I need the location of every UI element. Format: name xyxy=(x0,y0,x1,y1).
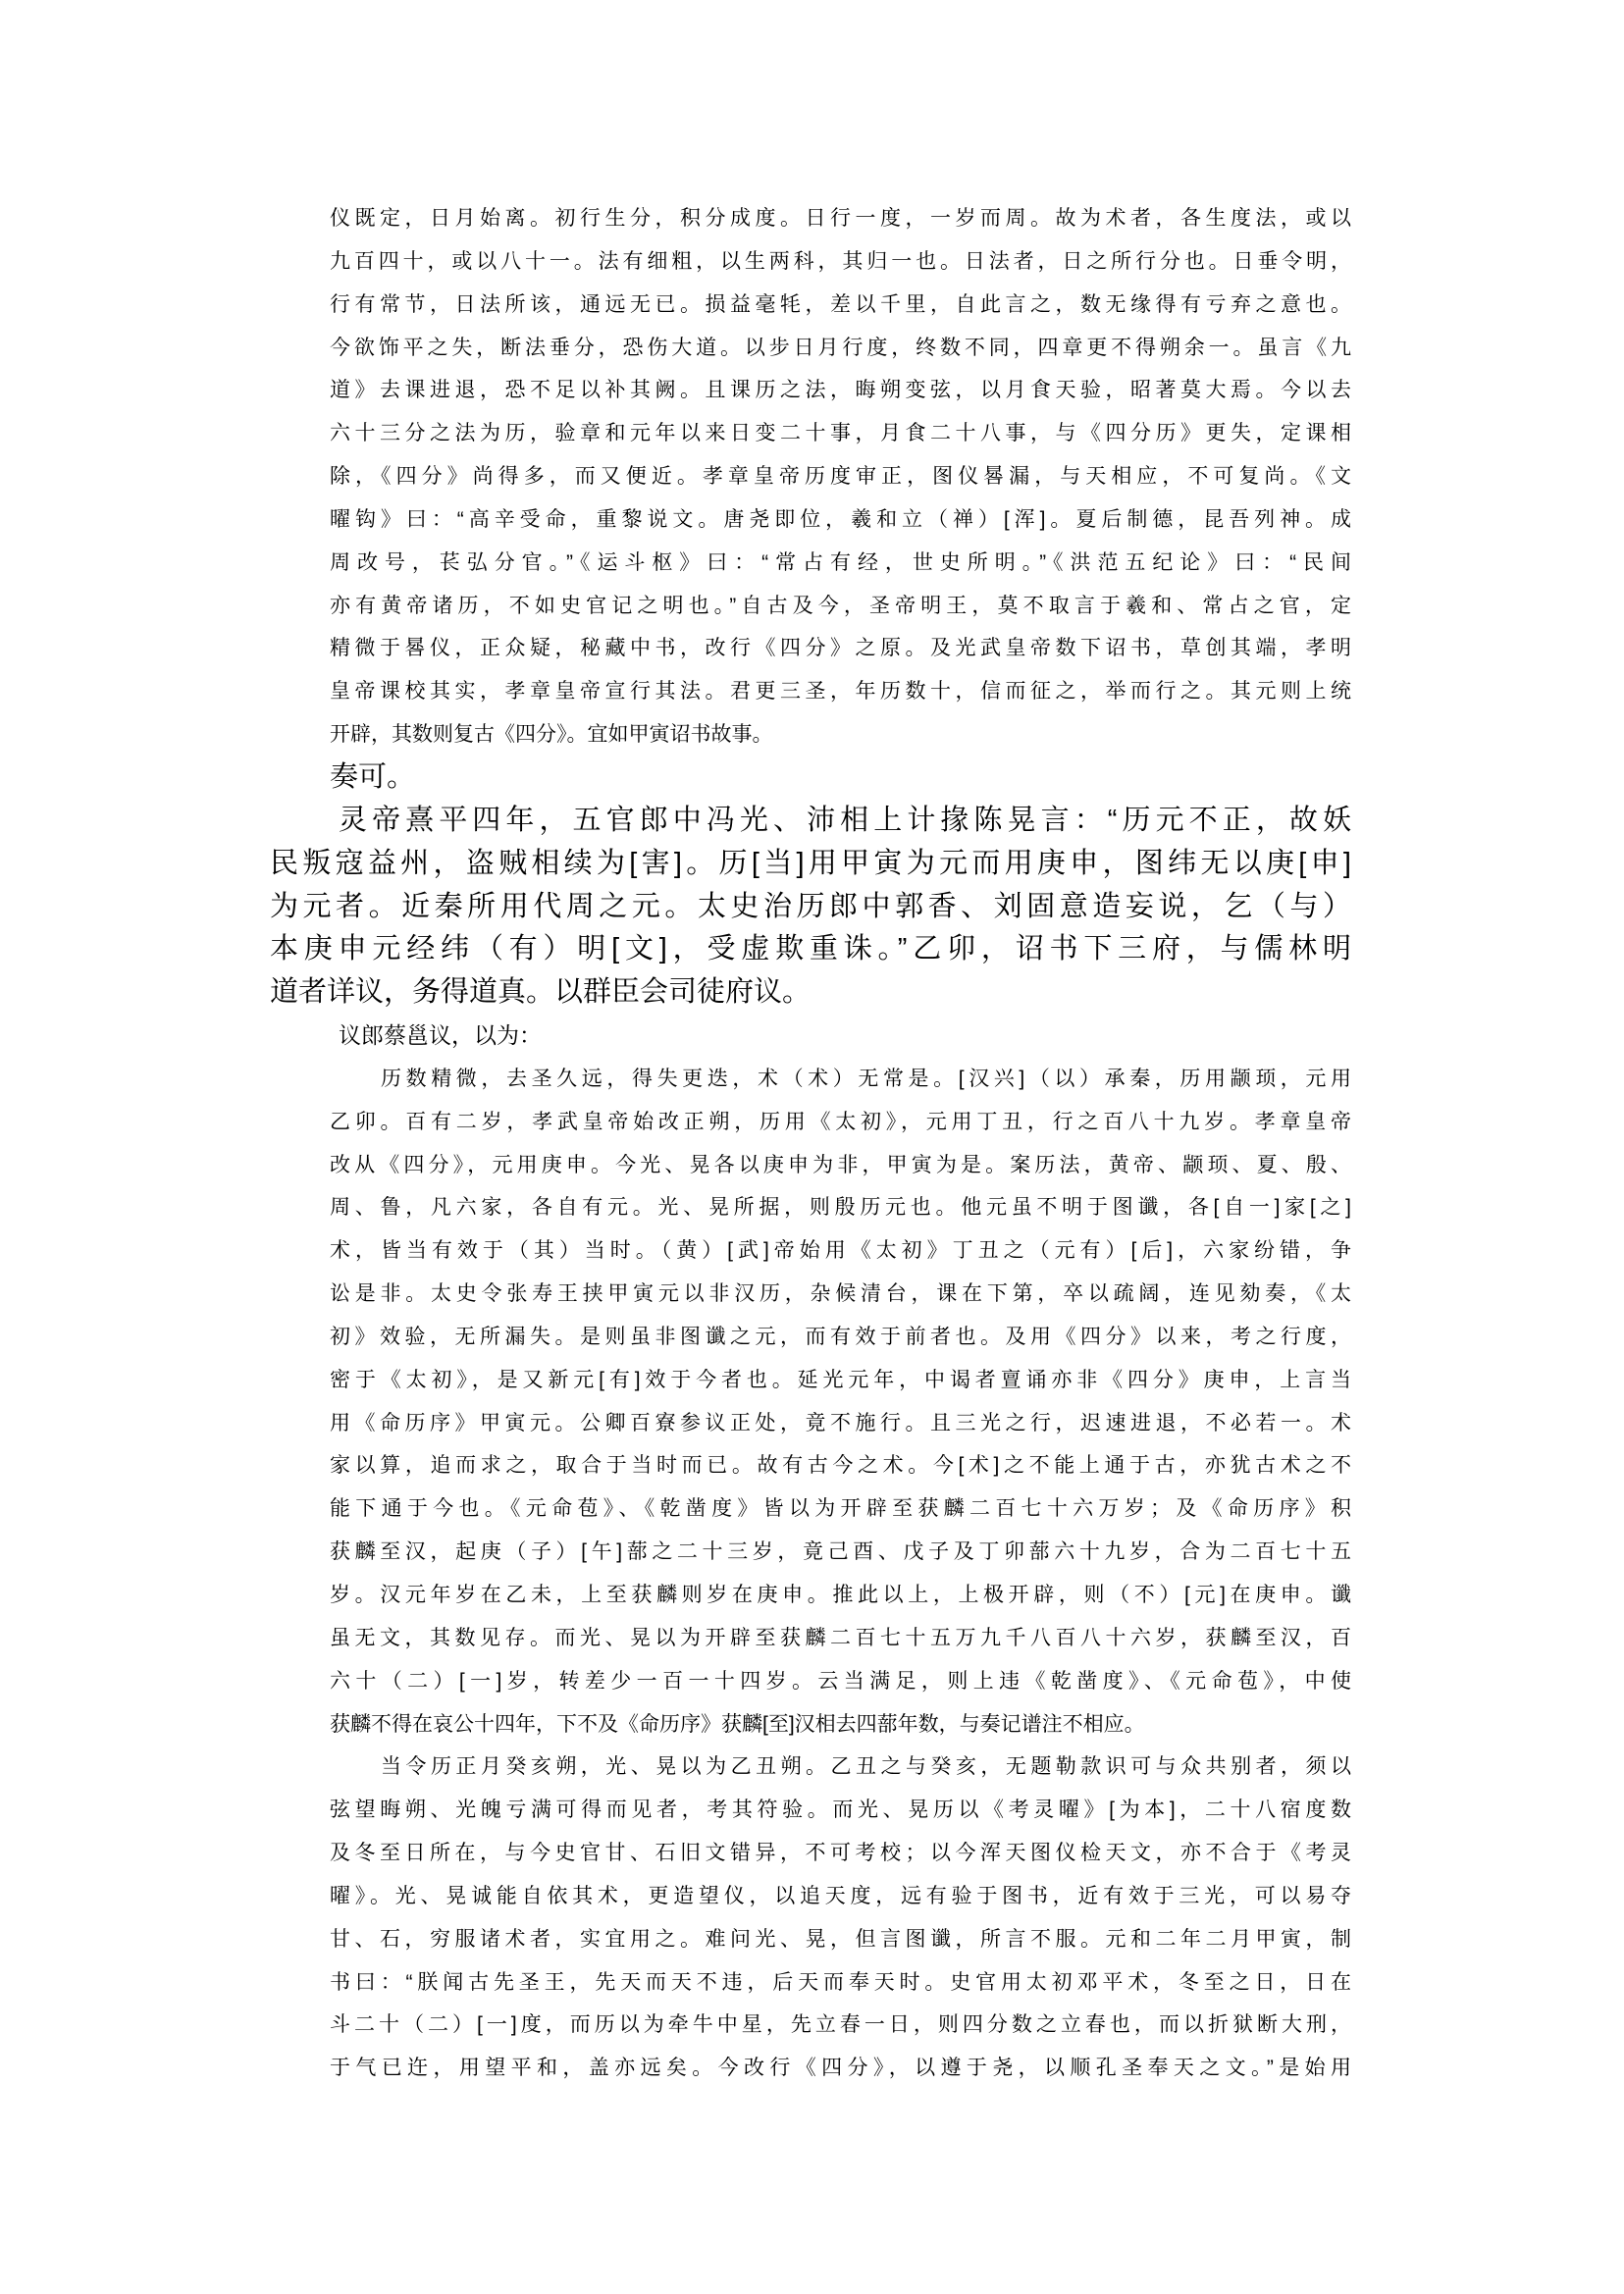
text-line: 亦有黄帝诸历，不如史官记之明也。”自古及今，圣帝明王，莫不取言于羲和、常占之官，… xyxy=(330,585,1351,628)
text-line: 道者详议，务得道真。以群臣会司徒府议。 xyxy=(270,971,1351,1015)
text-line: 六十（二）[一]岁，转差少一百一十四岁。云当满足，则上违《乾凿度》、《元命苞》，… xyxy=(330,1660,1351,1703)
text-line: 初》效验，无所漏失。是则虽非图谶之元，而有效于前者也。及用《四分》以来，考之行度… xyxy=(330,1316,1351,1359)
text-line: 周改号，苌弘分官。”《运斗枢》曰：“常占有经，世史所明。”《洪范五纪论》曰：“民… xyxy=(330,542,1351,585)
paragraph-zou-ke-approval: 奏可。 xyxy=(330,756,1351,800)
text-line: 行有常节，日法所该，通远无已。损益毫牦，差以千里，自此言之，数无缘得有亏弃之意也… xyxy=(330,284,1351,327)
text-line: 斗二十（二）[一]度，而历以为牵牛中星，先立春一日，则四分数之立春也，而以折狱断… xyxy=(330,2004,1351,2047)
text-line: 奏可。 xyxy=(330,756,1351,800)
text-line: 书曰：“朕闻古先圣王，先天而天不违，后天而奉天时。史官用太初邓平术，冬至之日，日… xyxy=(330,1961,1351,2005)
text-line: 道》去课进退，恐不足以补其阙。且课历之法，晦朔变弦，以月食天验，昭著莫大焉。今以… xyxy=(330,369,1351,412)
text-line: 精微于晷仪，正众疑，秘藏中书，改行《四分》之原。及光武皇帝数下诏书，草创其端，孝… xyxy=(330,627,1351,670)
text-line: 皇帝课校其实，孝章皇帝宣行其法。君更三圣，年历数十，信而征之，举而行之。其元则上… xyxy=(330,670,1351,713)
text-line: 虽无文，其数见存。而光、晃以为开辟至获麟二百七十五万九千八百八十六岁，获麟至汉，… xyxy=(330,1617,1351,1660)
text-line: 本庚申元经纬（有）明[文]，受虚欺重诛。”乙卯，诏书下三府，与儒林明 xyxy=(270,928,1351,971)
text-line: 讼是非。太史令张寿王挟甲寅元以非汉历，杂候清台，课在下第，卒以疏阔，连见劾奏，《… xyxy=(330,1273,1351,1316)
text-line: 开辟，其数则复古《四分》。宜如甲寅诏书故事。 xyxy=(330,713,1351,756)
text-line: 今欲饰平之失，断法垂分，恐伤大道。以步日月行度，终数不同，四章更不得朔余一。虽言… xyxy=(330,327,1351,370)
text-line: 及冬至日所在，与今史官甘、石旧文错异，不可考校；以今浑天图仪检天文，亦不合于《考… xyxy=(330,1832,1351,1875)
paragraph-cai-yong-intro: 议郎蔡邕议，以为： xyxy=(339,1015,1351,1058)
text-line: 为元者。近秦所用代周之元。太史治历郎中郭香、刘固意造妄说，乞（与） xyxy=(270,886,1351,929)
text-line: 曜钩》曰：“高辛受命，重黎说文。唐尧即位，羲和立（禅）[浑]。夏后制德，昆吾列神… xyxy=(330,498,1351,542)
text-line: 曜》。光、晃诚能自依其术，更造望仪，以追天度，远有验于图书，近有效于三光，可以易… xyxy=(330,1875,1351,1918)
document-page: 仪既定，日月始离。初行生分，积分成度。日行一度，一岁而周。故为术者，各生度法，或… xyxy=(0,0,1624,2294)
text-line: 岁。汉元年岁在乙未，上至获麟则岁在庚申。推此以上，上极开辟，则（不）[元]在庚申… xyxy=(330,1574,1351,1617)
text-line: 周、鲁，凡六家，各自有元。光、晃所据，则殷历元也。他元虽不明于图谶，各[自一]家… xyxy=(330,1186,1351,1229)
text-line: 获麟不得在哀公十四年，下不及《命历序》获麟[至]汉相去四蔀年数，与奏记谱注不相应… xyxy=(330,1703,1351,1747)
document-body: 仪既定，日月始离。初行生分，积分成度。日行一度，一岁而周。故为术者，各生度法，或… xyxy=(0,197,1624,2090)
text-line: 密于《太初》，是又新元[有]效于今者也。延光元年，中谒者亶诵亦非《四分》庚申，上… xyxy=(330,1359,1351,1402)
text-line: 灵帝熹平四年，五官郎中冯光、沛相上计掾陈晃言：“历元不正，故妖 xyxy=(270,800,1351,843)
text-line: 乙卯。百有二岁，孝武皇帝始改正朔，历用《太初》，元用丁丑，行之百八十九岁。孝章皇… xyxy=(330,1101,1351,1144)
text-line: 弦望晦朔、光魄亏满可得而见者，考其符验。而光、晃历以《考灵曜》[为本]，二十八宿… xyxy=(330,1789,1351,1832)
paragraph-cai-yong-argument: 历数精微，去圣久远，得失更迭，术（术）无常是。[汉兴]（以）承秦，历用颛顼，元用… xyxy=(330,1058,1351,1747)
text-line: 仪既定，日月始离。初行生分，积分成度。日行一度，一岁而周。故为术者，各生度法，或… xyxy=(330,197,1351,240)
text-line: 历数精微，去圣久远，得失更迭，术（术）无常是。[汉兴]（以）承秦，历用颛顼，元用 xyxy=(330,1058,1351,1101)
text-line: 九百四十，或以八十一。法有细粗，以生两科，其归一也。日法者，日之所行分也。日垂令… xyxy=(330,240,1351,284)
text-line: 甘、石，穷服诸术者，实宜用之。难问光、晃，但言图谶，所言不服。元和二年二月甲寅，… xyxy=(330,1918,1351,1961)
text-line: 当令历正月癸亥朔，光、晃以为乙丑朔。乙丑之与癸亥，无题勒款识可与众共别者，须以 xyxy=(330,1746,1351,1789)
text-line: 获麟至汉，起庚（子）[午]蔀之二十三岁，竟己酉、戊子及丁卯蔀六十九岁，合为二百七… xyxy=(330,1531,1351,1574)
paragraph-yi-ji-ding-continuation: 仪既定，日月始离。初行生分，积分成度。日行一度，一岁而周。故为术者，各生度法，或… xyxy=(330,197,1351,756)
text-line: 术，皆当有效于（其）当时。（黄）[武]帝始用《太初》丁丑之（元有）[后]，六家纷… xyxy=(330,1229,1351,1273)
paragraph-lingdi-xiping-memorial: 灵帝熹平四年，五官郎中冯光、沛相上计掾陈晃言：“历元不正，故妖民叛寇益州，盗贼相… xyxy=(270,800,1351,1015)
text-line: 改从《四分》，元用庚申。今光、晃各以庚申为非，甲寅为是。案历法，黄帝、颛顼、夏、… xyxy=(330,1144,1351,1187)
text-line: 家以算，追而求之，取合于当时而已。故有古今之术。今[术]之不能上通于古，亦犹古术… xyxy=(330,1444,1351,1487)
text-line: 六十三分之法为历，验章和元年以来日变二十事，月食二十八事，与《四分历》更失，定课… xyxy=(330,412,1351,455)
text-line: 除，《四分》尚得多，而又便近。孝章皇帝历度审正，图仪晷漏，与天相应，不可复尚。《… xyxy=(330,455,1351,498)
text-line: 议郎蔡邕议，以为： xyxy=(339,1015,1351,1058)
text-line: 民叛寇益州，盗贼相续为[害]。历[当]用甲寅为元而用庚申，图纬无以庚[申] xyxy=(270,843,1351,886)
paragraph-dang-ling-li: 当令历正月癸亥朔，光、晃以为乙丑朔。乙丑之与癸亥，无题勒款识可与众共别者，须以弦… xyxy=(330,1746,1351,2090)
text-line: 能下通于今也。《元命苞》、《乾凿度》皆以为开辟至获麟二百七十六万岁；及《命历序》… xyxy=(330,1487,1351,1531)
text-line: 于气已迕，用望平和，盖亦远矣。今改行《四分》，以遵于尧，以顺孔圣奉天之文。”是始… xyxy=(330,2047,1351,2090)
text-line: 用《命历序》甲寅元。公卿百寮参议正处，竟不施行。且三光之行，迟速进退，不必若一。… xyxy=(330,1402,1351,1445)
